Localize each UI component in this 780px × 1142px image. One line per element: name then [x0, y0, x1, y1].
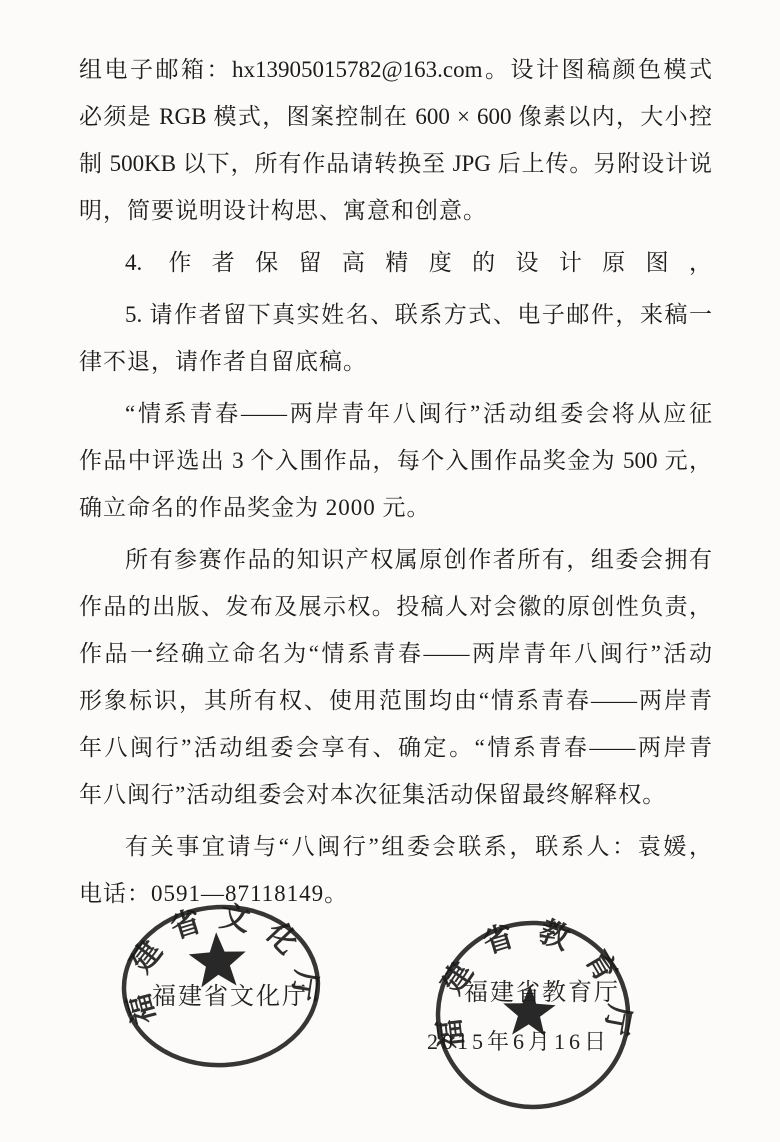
text-line: 5. 请作者留下真实姓名、联系方式、电子邮件，来稿一: [79, 291, 712, 338]
text-line: 律不退，请作者自留底稿。: [79, 338, 712, 385]
text-line: 作品一经确立命名为“情系青春——两岸青年八闽行”活动: [79, 630, 712, 677]
text-line: “情系青春——两岸青年八闽行”活动组委会将从应征: [79, 390, 712, 437]
svg-text:福建省教育厅: 福建省教育厅: [429, 911, 639, 1058]
scanned-document-page: 组电子邮箱：hx13905015782@163.com。设计图稿颜色模式必须是 …: [0, 0, 780, 1142]
text-line: 制 500KB 以下，所有作品请转换至 JPG 后上传。另附设计说: [79, 140, 712, 187]
star-icon: [188, 931, 248, 988]
text-line: 形象标识，其所有权、使用范围均由“情系青春——两岸青: [79, 677, 712, 724]
text-line: 年八闽行”活动组委会享有、确定。“情系青春——两岸青: [79, 724, 712, 771]
text-line: 确立命名的作品奖金为 2000 元。: [79, 484, 712, 531]
text-line: 作品中评选出 3 个入围作品，每个入围作品奖金为 500 元，: [79, 437, 712, 484]
text-line: 所有参赛作品的知识产权属原创作者所有，组委会拥有: [79, 536, 712, 583]
text-line: 必须是 RGB 模式，图案控制在 600 × 600 像素以内，大小控: [79, 93, 712, 140]
document-text-block: 组电子邮箱：hx13905015782@163.com。设计图稿颜色模式必须是 …: [79, 46, 712, 917]
seal-arc-text-education: 福建省教育厅: [429, 911, 639, 1058]
text-line: 组电子邮箱：hx13905015782@163.com。设计图稿颜色模式: [79, 46, 712, 93]
text-line: 明，简要说明设计构思、寓意和创意。: [79, 187, 712, 234]
text-line: 作品的出版、发布及展示权。投稿人对会徽的原创性负责，: [79, 583, 712, 630]
text-line: 年八闽行”活动组委会对本次征集活动保留最终解释权。: [79, 771, 712, 818]
text-line: 4. 作者保留高精度的设计原图，以便选中后提供给主办方。: [79, 239, 712, 286]
official-seal-education-dept: 福建省教育厅: [427, 910, 642, 1121]
star-icon: [502, 984, 556, 1036]
text-line: 有关事宜请与“八闽行”组委会联系，联系人：袁媛，: [79, 823, 712, 870]
official-seal-culture-dept: 福建省文化厅: [112, 895, 333, 1080]
